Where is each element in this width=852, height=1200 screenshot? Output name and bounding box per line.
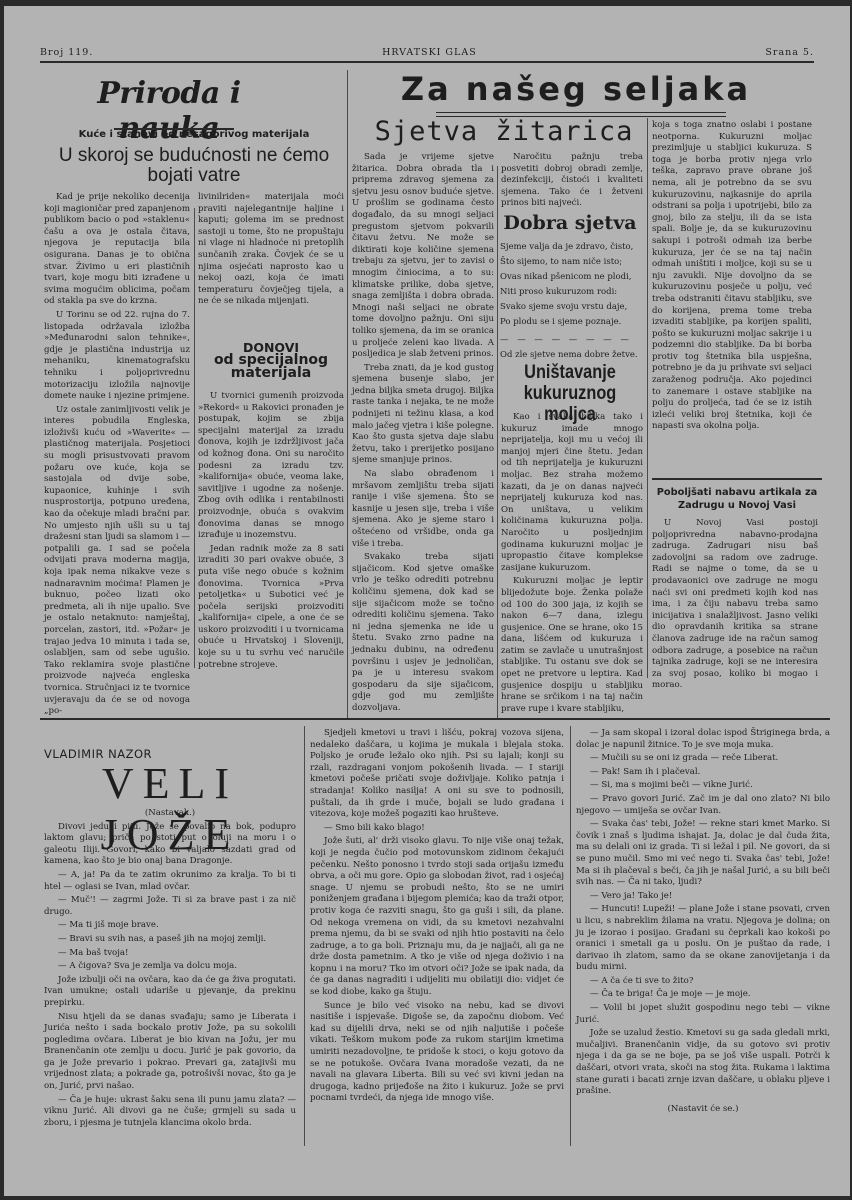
zadruga-article: U Novoj Vasi postoji poljoprivredna naba…: [652, 518, 818, 692]
poem-line: Po plodu se i sjeme poznaje.: [500, 315, 640, 330]
column-divider: [304, 726, 305, 1146]
paragraph: Kukuruzni moljac je leptir blijedožute b…: [501, 576, 643, 715]
paragraph: Jože izbulji oči na ovčara, kao da će ga…: [44, 975, 296, 1010]
paragraph: — Pravo govori Jurić. Zač im je dal ono …: [576, 794, 830, 817]
paragraph: koja s toga znatno oslabi i postane neot…: [652, 120, 812, 433]
newspaper-name: HRVATSKI GLAS: [382, 47, 477, 58]
newspaper-page: Broj 119. HRVATSKI GLAS Srana 5. Priroda…: [4, 6, 850, 1196]
paragraph: — Ja sam skopal i izoral dolac ispod Štr…: [576, 728, 830, 751]
masthead: Broj 119. HRVATSKI GLAS Srana 5.: [40, 44, 814, 60]
paragraph: Naročitu pažnju treba posvetiti dobroj o…: [501, 152, 643, 210]
serial-column-1: (Nastavak.) Divovi jedu i piju. Jože se …: [44, 808, 296, 1129]
serial-column-2: Sjedjeli kmetovi u travi i lišću, pokraj…: [310, 728, 564, 1105]
headline-line: materijala: [196, 367, 346, 380]
paragraph: Treba znati, da je kod gustog sjemena bu…: [352, 363, 494, 467]
paragraph: — Pak! Sam ih i plačeval.: [576, 767, 830, 779]
paragraph: — Ča je huje: ukrast šaku sena ili punu …: [44, 1095, 296, 1130]
article-column-2: livinilriden« materijala moći praviti na…: [198, 192, 344, 308]
paragraph: Kao i svaka biljka tako i kukuruz imade …: [501, 412, 643, 574]
paragraph: — Si, ma s mojimi beči — vikne Jurić.: [576, 780, 830, 792]
moljac-column-2: koja s toga znatno oslabi i postane neot…: [652, 120, 812, 433]
article-kicker: Kuće i stanovi od nesagorivog materijala: [44, 129, 344, 140]
page-sheet: Broj 119. HRVATSKI GLAS Srana 5. Priroda…: [4, 6, 850, 1196]
poem-line: Ovas nikad pšenicom ne plodi,: [500, 270, 640, 285]
article-column-1: Kad je prije nekoliko decenija koji magi…: [44, 192, 190, 718]
dashed-separator: — — — — — — — —: [500, 334, 640, 346]
moljac-column-1: Kao i svaka biljka tako i kukuruz imade …: [501, 412, 643, 715]
column-divider: [647, 118, 648, 678]
poem-line: Što sijemo, to nam niče isto;: [500, 255, 640, 270]
paragraph: Na slabo obrađenom i mršavom zemljištu t…: [352, 469, 494, 550]
paragraph: — A ča će ti sve to žito?: [576, 976, 830, 988]
paragraph: Divovi jedu i piju. Jože se povalio na b…: [44, 822, 296, 868]
poem-line: Svako sjeme svoju vrstu daje,: [500, 300, 640, 315]
section-rule: [40, 718, 830, 720]
paragraph: Sjedjeli kmetovi u travi i lišću, pokraj…: [310, 728, 564, 821]
page-number: Srana 5.: [765, 47, 814, 58]
donovi-headline: DONOVI od specijalnog materijala: [196, 341, 346, 380]
issue-number: Broj 119.: [40, 47, 93, 58]
column-divider: [194, 208, 195, 668]
paragraph: Uz ostale zanimljivosti velik je interes…: [44, 405, 190, 718]
subtitle: (Nastavak.): [44, 808, 296, 820]
paragraph: Sada je vrijeme sjetve žitarica. Dobra o…: [352, 152, 494, 361]
headline-line: Uništavanje: [510, 362, 630, 383]
paragraph: Kad je prije nekoliko decenija koji magi…: [44, 192, 190, 308]
paragraph: Sunce je bilo već visoko na nebu, kad se…: [310, 1001, 564, 1105]
poem-line: Sjeme valja da je zdravo, čisto,: [500, 240, 640, 255]
paragraph: — Bravi su svih nas, a paseš jih na mojo…: [44, 934, 296, 946]
dobra-sjetva-headline: Dobra sjetva: [500, 212, 640, 234]
paragraph: Jedan radnik može za 8 sati izraditi 30 …: [198, 544, 344, 672]
paragraph: — Ma ti jiš moje brave.: [44, 920, 296, 932]
sjetva-headline: Sjetva žitarica: [369, 116, 639, 147]
proverb: Od zle sjetve nema dobre žetve.: [500, 348, 640, 363]
column-divider: [570, 726, 571, 1146]
paragraph: Jože šuti, al' drži visoko glavu. To nij…: [310, 836, 564, 998]
paragraph: — Vero ja! Tako je!: [576, 891, 830, 903]
paragraph: — Muč'! — zagrmi Jože. Ti si za brave pa…: [44, 895, 296, 918]
paragraph: — Smo bili kako blago!: [310, 823, 564, 835]
paragraph: Jože se uzalud žestio. Kmetovi su ga sad…: [576, 1028, 830, 1098]
paragraph: — Volil bi jopet služit gospodinu nego t…: [576, 1003, 830, 1026]
paragraph: U Novoj Vasi postoji poljoprivredna naba…: [652, 518, 818, 692]
article-headline: U skoroj se budućnosti ne ćemo bojati va…: [44, 146, 344, 186]
paragraph: — Huncuti! Lupeži! — plane Jože i stane …: [576, 904, 830, 974]
zadruga-headline: Poboljšati nabavu artikala za Zadrugu u …: [652, 486, 822, 512]
dobra-sjetva-poem: Sjeme valja da je zdravo, čisto, Što sij…: [500, 240, 640, 363]
paragraph: — Ma baš tvoja!: [44, 948, 296, 960]
sjetva-column-2: Naročitu pažnju treba posvetiti dobroj o…: [501, 152, 643, 210]
paragraph: U Torinu se od 22. rujna do 7. listopada…: [44, 310, 190, 403]
sjetva-column-1: Sada je vrijeme sjetve žitarica. Dobra o…: [352, 152, 494, 715]
paragraph: U tvornici gumenih proizvoda »Rekord« u …: [198, 391, 344, 542]
masthead-rule: [40, 61, 814, 63]
zadruga-rule: [652, 478, 822, 480]
serial-column-3: — Ja sam skopal i izoral dolac ispod Štr…: [576, 728, 830, 1115]
column-divider: [497, 166, 498, 718]
paragraph: — A čigova? Sva je zemlja va dolcu moja.: [44, 961, 296, 973]
section-divider: [347, 70, 348, 720]
section-title-seljaka: Za našeg seljaka: [356, 70, 796, 108]
paragraph: Nisu htjeli da se danas svađaju; samo je…: [44, 1012, 296, 1093]
paragraph: — A, ja! Pa da te zatim okrunimo za kral…: [44, 870, 296, 893]
continued-note: (Nastavit će se.): [576, 1104, 830, 1116]
poem-line: Niti proso kukuruzom rodi:: [500, 285, 640, 300]
paragraph: — Ča te briga! Ča je moje — je moje.: [576, 989, 830, 1001]
paragraph: — Svaka čas' tebi, Jože! — rekne stari k…: [576, 819, 830, 889]
paragraph: Svakako treba sijati sijačicom. Kod sjet…: [352, 552, 494, 714]
donovi-article: U tvornici gumenih proizvoda »Rekord« u …: [198, 391, 344, 671]
paragraph: livinilriden« materijala moći praviti na…: [198, 192, 344, 308]
paragraph: — Mučili su se oni iz grada — reče Liber…: [576, 753, 830, 765]
